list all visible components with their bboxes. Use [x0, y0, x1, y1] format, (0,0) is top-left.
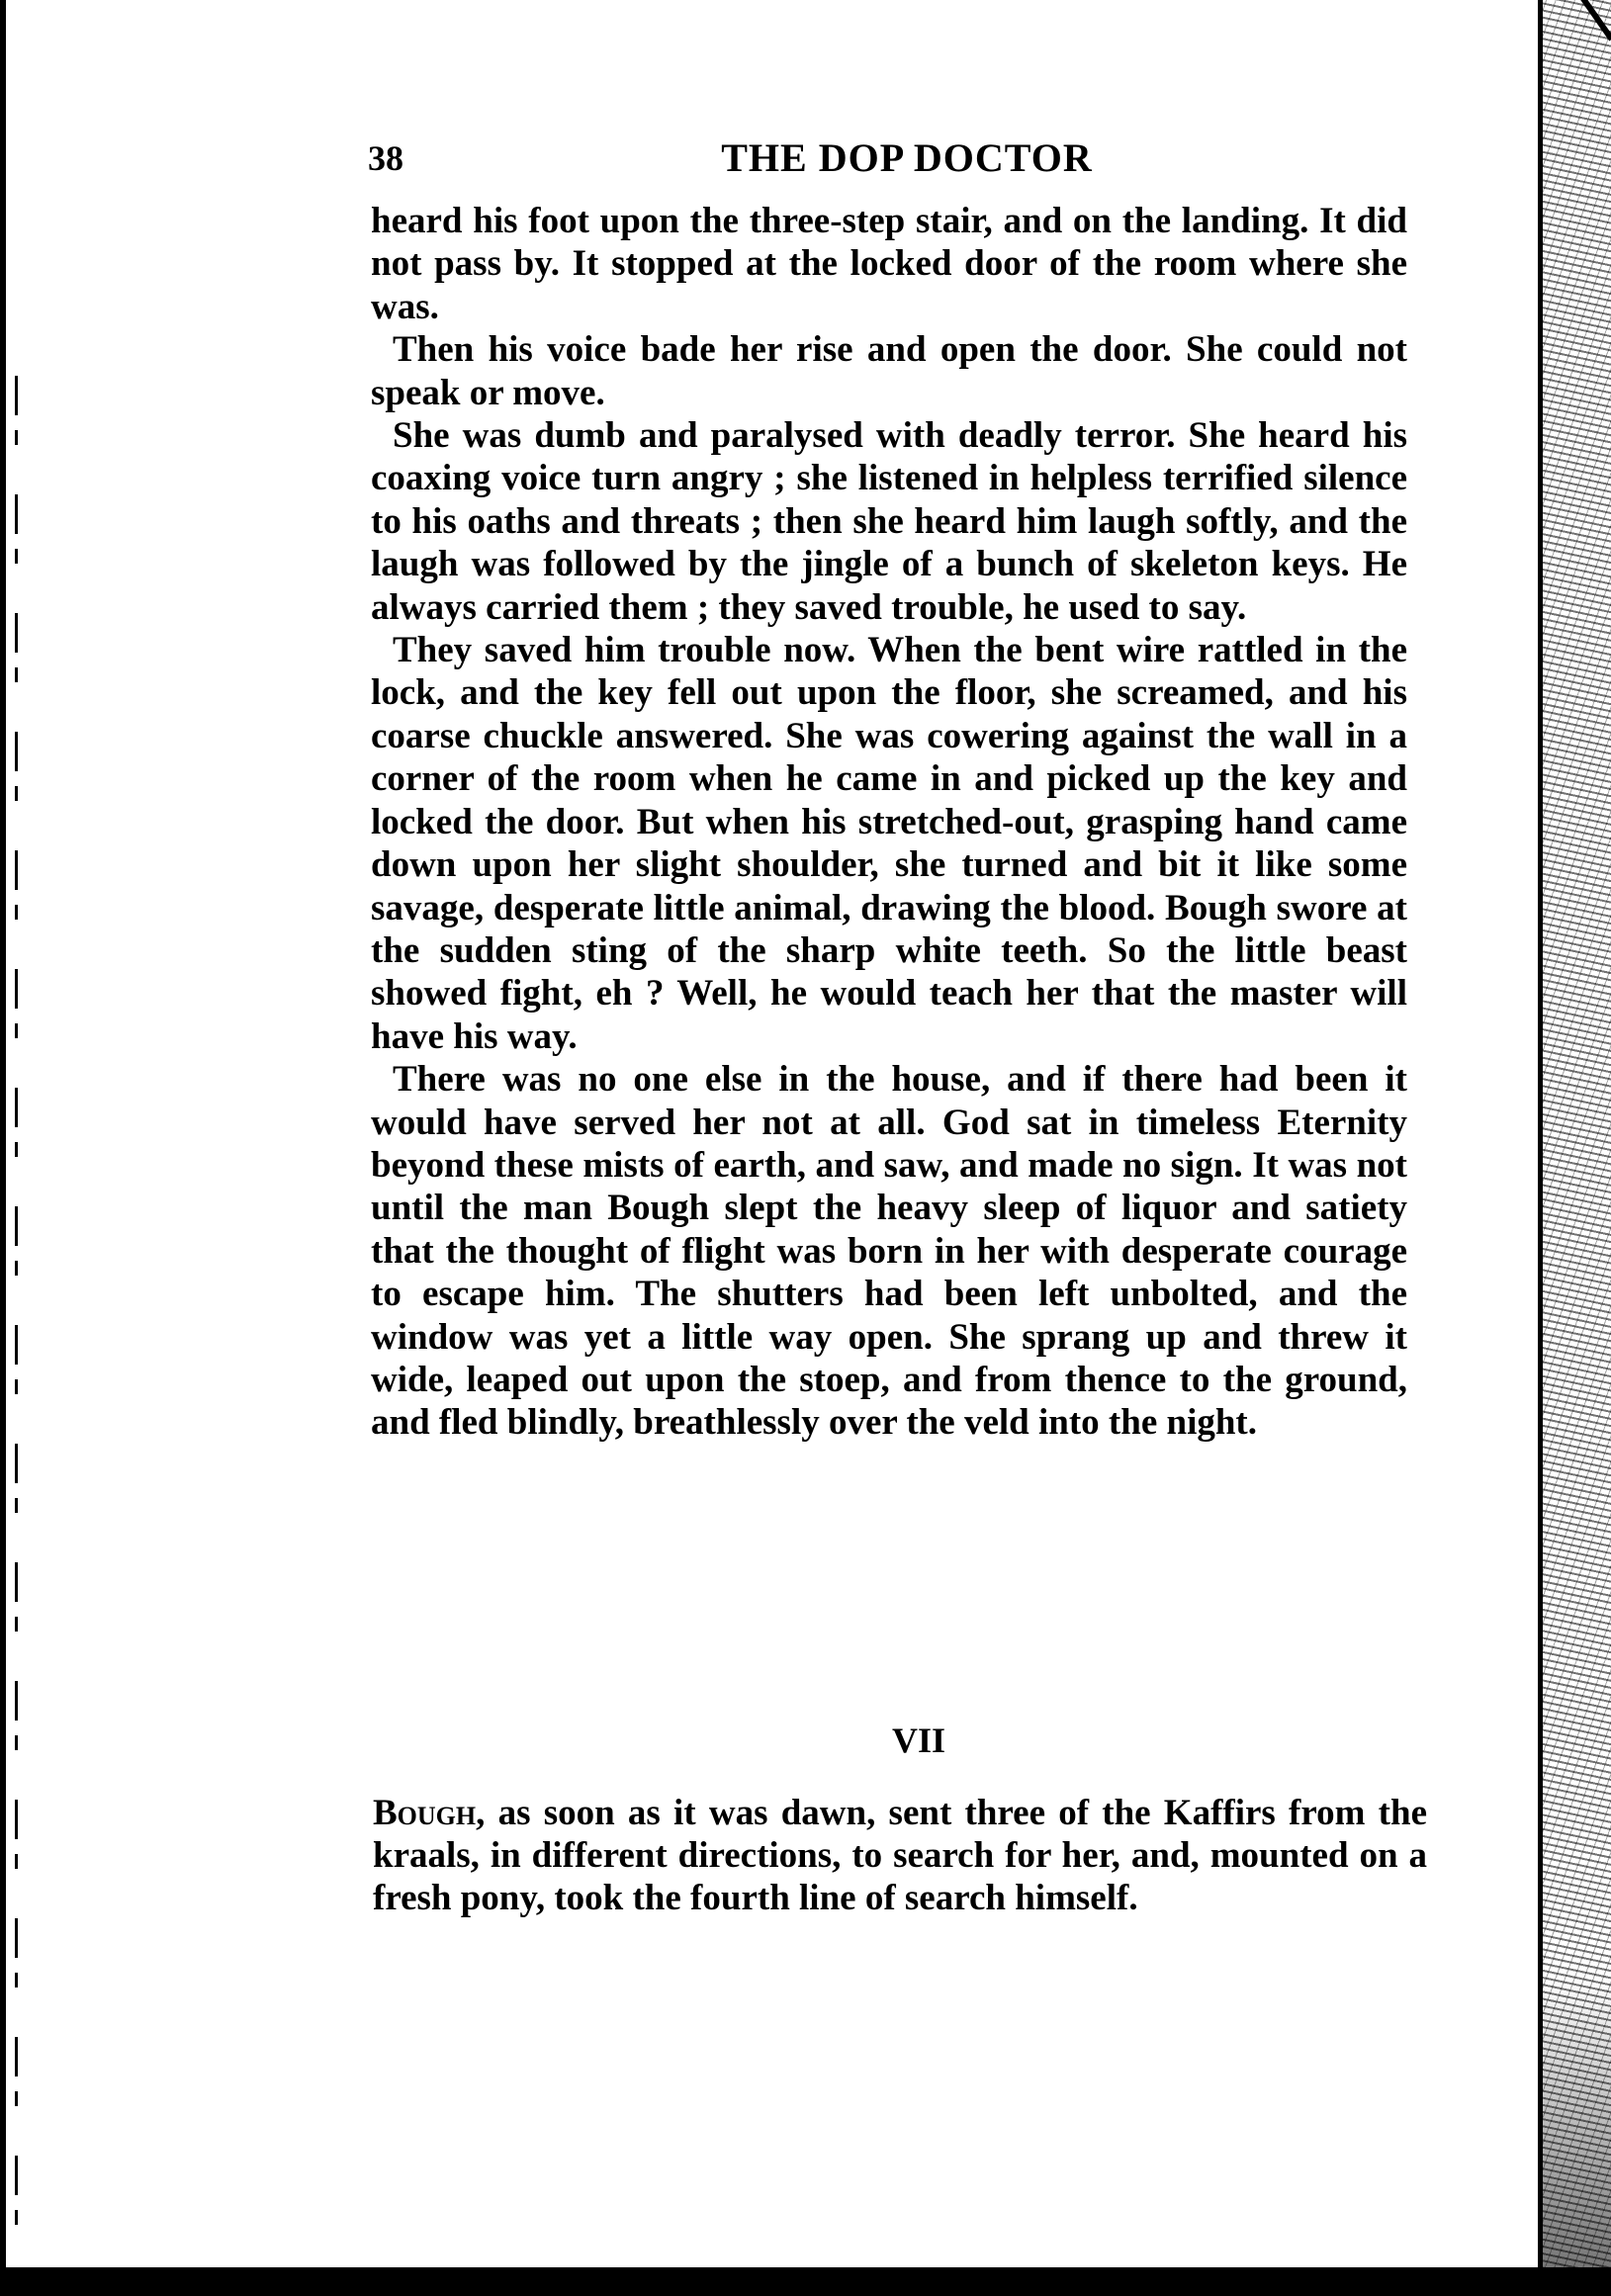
chapter-opening-word: Bough: [373, 1793, 476, 1833]
scan-right-page-edge: [1538, 0, 1611, 2296]
paragraph: They saved him trouble now. When the ben…: [371, 629, 1407, 1058]
paragraph: heard his foot upon the three-step stair…: [371, 200, 1407, 328]
paragraph: Bough, as soon as it was dawn, sent thre…: [373, 1792, 1427, 1920]
chapter-opening: Bough, as soon as it was dawn, sent thre…: [373, 1792, 1427, 1920]
running-title: THE DOP DOCTOR: [368, 136, 1406, 180]
scan-left-edge: [0, 0, 6, 2296]
running-head: 38 THE DOP DOCTOR: [368, 136, 1406, 180]
paragraph: She was dumb and paralysed with deadly t…: [371, 414, 1407, 629]
paragraph: Then his voice bade her rise and open th…: [371, 328, 1407, 414]
body-text: heard his foot upon the three-step stair…: [371, 200, 1407, 1445]
scan-right-edge-shadow: [1538, 1978, 1611, 2274]
scan-bottom-edge: [0, 2267, 1611, 2296]
chapter-heading: VII: [371, 1719, 1407, 1762]
chapter-opening-text: , as soon as it was dawn, sent three of …: [373, 1793, 1427, 1918]
scan-binding-marks: [15, 376, 18, 2254]
paragraph: There was no one else in the house, and …: [371, 1058, 1407, 1445]
